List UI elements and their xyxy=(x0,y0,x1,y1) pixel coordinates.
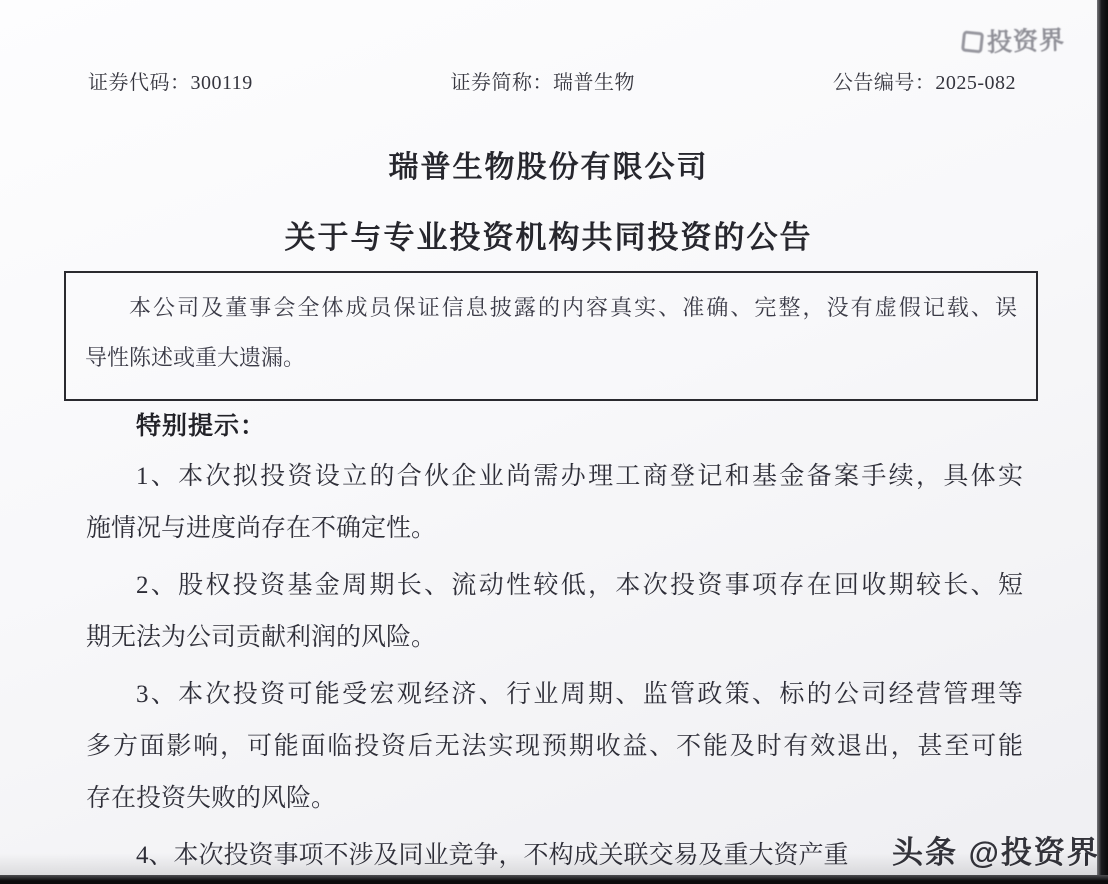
document-header-row: 证券代码：300119 证券简称：瑞普生物 公告编号：2025-082 xyxy=(88,66,1016,95)
notice-item1-line2: 施情况与进度尚存在不确定性。 xyxy=(86,503,1023,555)
notice-item3-line3: 存在投资失败的风险。 xyxy=(86,773,1023,825)
pedaily-watermark-text: 投资界 xyxy=(986,20,1065,59)
stock-abbreviation: 证券简称：瑞普生物 xyxy=(451,66,636,95)
announcement-document-page: 投资界 证券代码：300119 证券简称：瑞普生物 公告编号：2025-082 … xyxy=(0,0,1108,884)
announcement-number: 公告编号：2025-082 xyxy=(833,66,1016,95)
pedaily-logo-icon xyxy=(961,30,984,53)
notice-item1-line1: 1、本次拟投资设立的合伙企业尚需办理工商登记和基金备案手续，具体实 xyxy=(86,451,1023,503)
disclaimer-box: 本公司及董事会全体成员保证信息披露的内容真实、准确、完整，没有虚假记载、误 导性… xyxy=(64,271,1038,401)
special-notice-body: 1、本次拟投资设立的合伙企业尚需办理工商登记和基金备案手续，具体实 施情况与进度… xyxy=(86,451,1023,882)
stock-code: 证券代码：300119 xyxy=(88,66,253,95)
disclaimer-line-2: 导性陈述或重大遗漏。 xyxy=(85,333,1017,383)
notice-item2-line2: 期无法为公司贡献利润的风险。 xyxy=(86,612,1023,664)
announcement-title: 关于与专业投资机构共同投资的公告 xyxy=(0,212,1097,257)
notice-item2-line1: 2、股权投资基金周期长、流动性较低，本次投资事项存在回收期较长、短 xyxy=(86,560,1023,612)
bottom-shading xyxy=(0,853,1108,875)
photo-right-edge xyxy=(1097,0,1108,884)
pedaily-top-watermark: 投资界 xyxy=(961,20,1065,60)
notice-item3-line1: 3、本次投资可能受宏观经济、行业周期、监管政策、标的公司经营管理等 xyxy=(86,669,1023,721)
company-title: 瑞普生物股份有限公司 xyxy=(0,142,1097,186)
disclaimer-line-1: 本公司及董事会全体成员保证信息披露的内容真实、准确、完整，没有虚假记载、误 xyxy=(85,283,1017,333)
photo-bottom-edge xyxy=(0,875,1108,884)
notice-item3-line2: 多方面影响，可能面临投资后无法实现预期收益、不能及时有效退出，甚至可能 xyxy=(86,721,1023,773)
special-notice-heading: 特别提示： xyxy=(136,406,266,442)
